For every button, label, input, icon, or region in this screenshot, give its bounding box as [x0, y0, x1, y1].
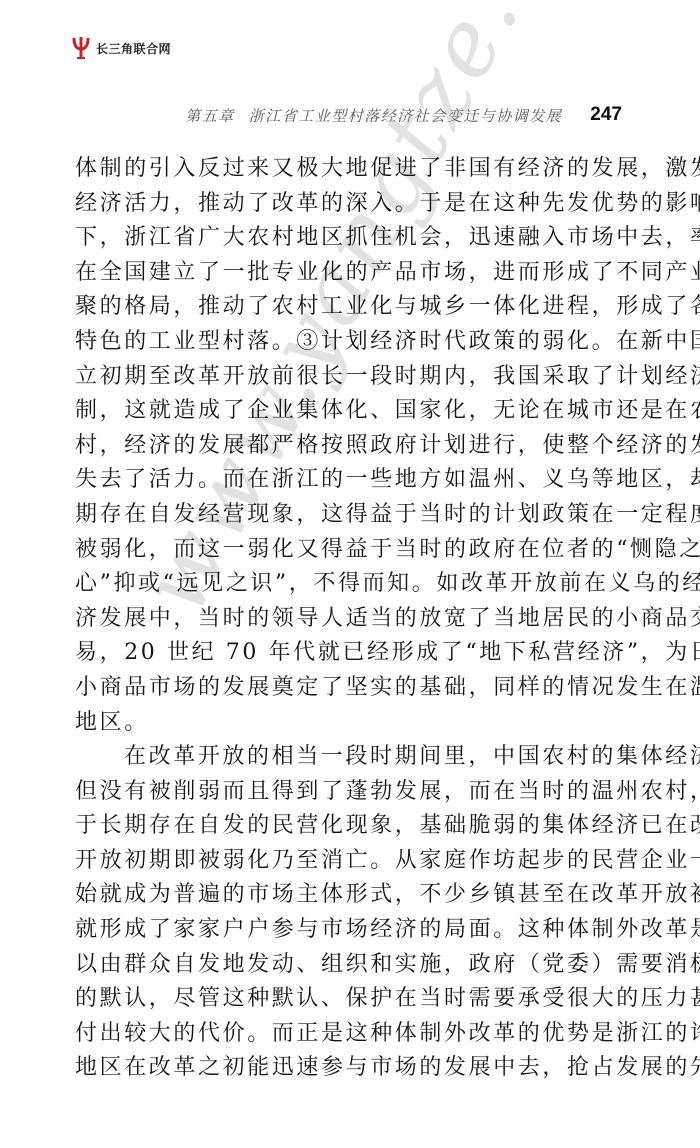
text-line: 被弱化，而这一弱化又得益于当时的政府在位者的“恻隐之 [75, 533, 623, 568]
text-line: 失去了活力。而在浙江的一些地方如温州、义乌等地区，却长 [75, 463, 623, 498]
text-line: 的默认，尽管这种默认、保护在当时需要承受很大的压力甚至 [75, 982, 623, 1017]
text-line: 付出较大的代价。而正是这种体制外改革的优势是浙江的许多 [75, 1017, 623, 1052]
paragraph-start-line: 在改革开放的相当一段时期间里，中国农村的集体经济不 [75, 740, 623, 775]
text-line: 就形成了家家户户参与市场经济的局面。这种体制外改革是可 [75, 913, 623, 948]
text-line: 特色的工业型村落。③计划经济时代政策的弱化。在新中国成 [75, 325, 623, 360]
text-line: 于长期存在自发的民营化现象，基础脆弱的集体经济已在改革 [75, 809, 623, 844]
text-line: 村，经济的发展都严格按照政府计划进行，使整个经济的发展 [75, 429, 623, 464]
body-text: 体制的引入反过来又极大地促进了非国有经济的发展，激发了 经济活力，推动了改革的深… [75, 152, 623, 1086]
psi-logo-icon [72, 36, 90, 60]
text-line: 始就成为普遍的市场主体形式，不少乡镇甚至在改革开放初期 [75, 878, 623, 913]
page-number: 247 [590, 104, 622, 126]
site-logo: 长三角联合网 [72, 36, 171, 60]
chapter-title: 浙江省工业型村落经济社会变迁与协调发展 [249, 105, 563, 126]
text-line: 但没有被削弱而且得到了蓬勃发展，而在当时的温州农村，由 [75, 775, 623, 810]
text-line: 制，这就造成了企业集体化、国家化，无论在城市还是在农 [75, 394, 623, 429]
text-line: 在全国建立了一批专业化的产品市场，进而形成了不同产业集 [75, 256, 623, 291]
text-line: 下，浙江省广大农村地区抓住机会，迅速融入市场中去，率先 [75, 221, 623, 256]
chapter-label: 第五章 [185, 105, 235, 126]
text-line: 小商品市场的发展奠定了坚实的基础，同样的情况发生在温州 [75, 671, 623, 706]
text-line: 心”抑或“远见之识”，不得而知。如改革开放前在义乌的经 [75, 567, 623, 602]
text-line: 经济活力，推动了改革的深入。于是在这种先发优势的影响 [75, 187, 623, 222]
text-line: 济发展中，当时的领导人适当的放宽了当地居民的小商品交 [75, 602, 623, 637]
text-line: 期存在自发经营现象，这得益于当时的计划政策在一定程度上 [75, 498, 623, 533]
text-line: 地区。 [75, 706, 623, 741]
text-line: 地区在改革之初能迅速参与市场的发展中去，抢占发展的先发 [75, 1051, 623, 1086]
logo-text: 长三角联合网 [96, 40, 171, 57]
text-line: 易，20 世纪 70 年代就已经形成了“地下私营经济”，为日后 [75, 636, 623, 671]
text-line: 立初期至改革开放前很长一段时期内，我国采取了计划经济体 [75, 360, 623, 395]
running-header: 第五章 浙江省工业型村落经济社会变迁与协调发展 247 [160, 101, 622, 129]
text-line: 体制的引入反过来又极大地促进了非国有经济的发展，激发了 [75, 152, 623, 187]
text-line: 以由群众自发地发动、组织和实施，政府（党委）需要消极 [75, 948, 623, 983]
text-line: 开放初期即被弱化乃至消亡。从家庭作坊起步的民营企业一开 [75, 844, 623, 879]
text-line: 聚的格局，推动了农村工业化与城乡一体化进程，形成了各具 [75, 290, 623, 325]
